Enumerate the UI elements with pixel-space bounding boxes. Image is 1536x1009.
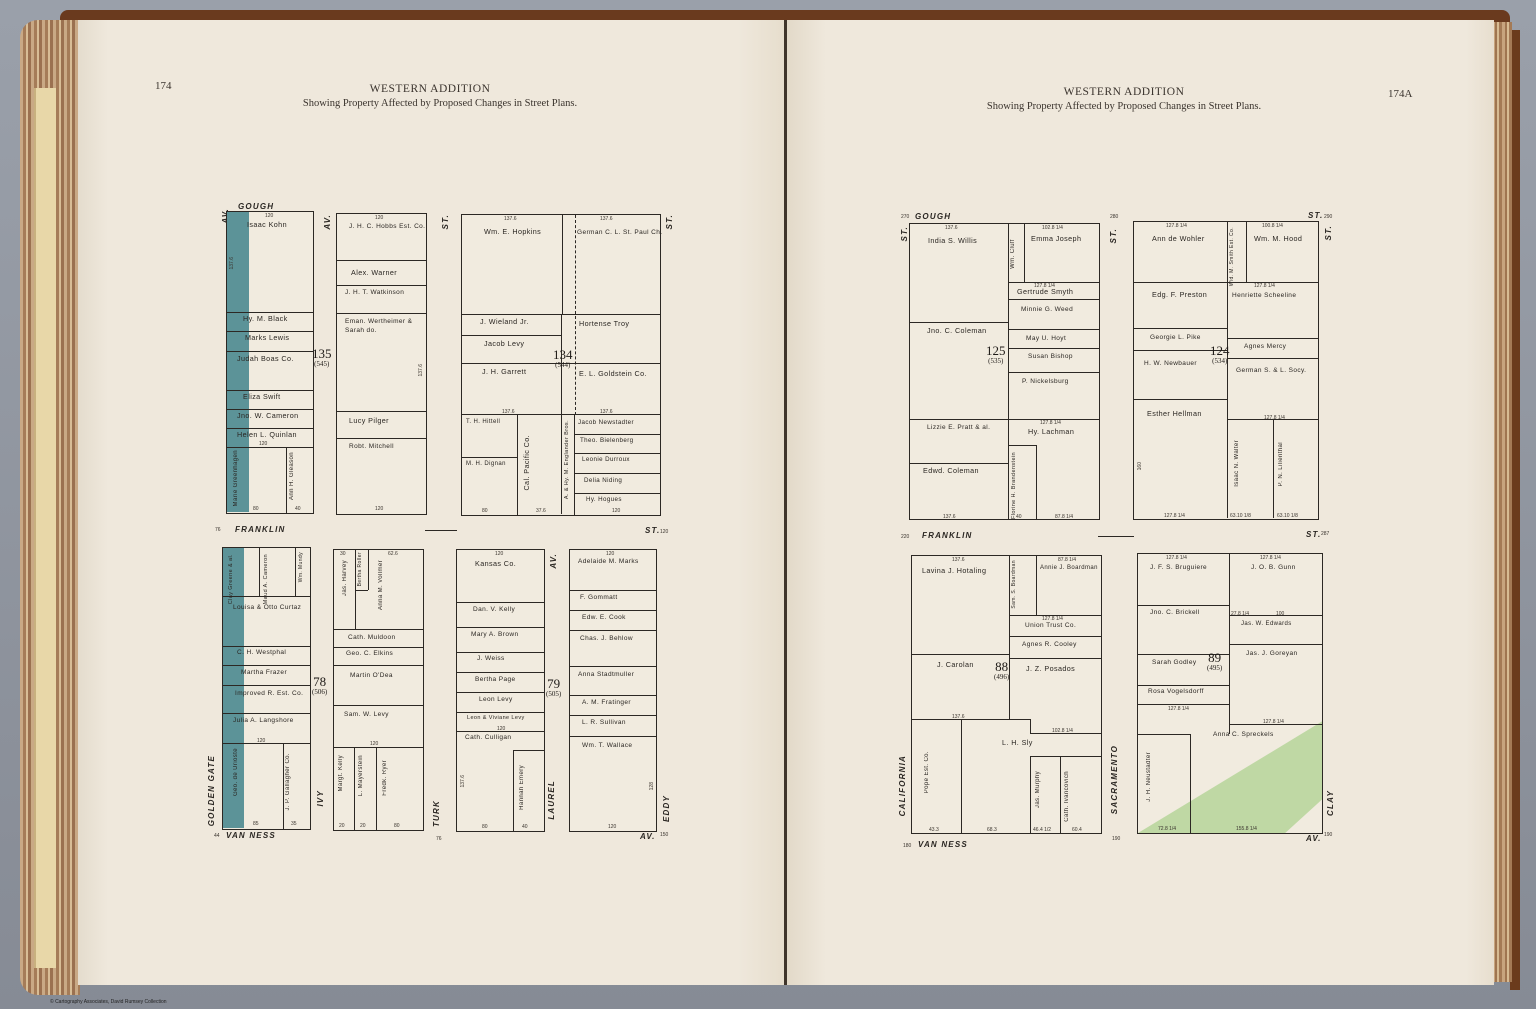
lot-owner: Eliza Swift bbox=[243, 392, 281, 401]
left-page bbox=[78, 20, 786, 985]
franklin-number-right-right: 287 bbox=[1321, 531, 1329, 537]
lot-owner: Pope Est. Co. bbox=[924, 751, 930, 793]
franklin-number-left-right: 220 bbox=[901, 534, 909, 540]
page-title-left: WESTERN ADDITION bbox=[280, 83, 580, 95]
lot-owner: Henriette Scheeline bbox=[1232, 292, 1296, 299]
lot-owner: J. P. Gallagher Co. bbox=[285, 753, 291, 811]
lot-owner: Adelaide M. Marks bbox=[578, 558, 639, 565]
lot-owner: Martin O'Dea bbox=[350, 672, 393, 679]
lot-owner: Sam. W. Levy bbox=[344, 711, 389, 718]
lot-owner: Martha Frazer bbox=[241, 669, 287, 676]
block-number-88: 88(496) bbox=[994, 661, 1009, 681]
block-135-east: 120 J. H. C. Hobbs Est. Co. Alex. Warner… bbox=[336, 213, 427, 515]
av-right-bottom: AV. bbox=[1306, 834, 1322, 843]
franklin-number-right: 120 bbox=[660, 529, 668, 535]
page-edges-left bbox=[20, 20, 80, 995]
page-edges-right bbox=[1492, 22, 1512, 982]
lot-owner: T. H. Hittell bbox=[466, 419, 500, 425]
lot-owner: Jas. Murphy bbox=[1035, 771, 1041, 808]
lot-owner: Delia Niding bbox=[584, 477, 622, 484]
lot-owner: Isaac Kohn bbox=[247, 220, 287, 229]
lot-owner: E. L. Goldstein Co. bbox=[579, 369, 647, 378]
lot-owner: Margt. Kelly bbox=[338, 755, 344, 791]
lot-owner: Dan. V. Kelly bbox=[473, 606, 515, 613]
page-subtitle-right: Showing Property Affected by Proposed Ch… bbox=[934, 101, 1314, 112]
lot-owner: Improved R. Est. Co. bbox=[235, 690, 303, 697]
lot-owner: Judah Boas Co. bbox=[237, 354, 294, 363]
page-subtitle-left: Showing Property Affected by Proposed Ch… bbox=[250, 98, 630, 109]
lot-owner: Anna M. Vollmer bbox=[378, 560, 384, 610]
lot-owner: Wm. E. Hopkins bbox=[484, 227, 541, 236]
block-number-135: 135(545) bbox=[312, 348, 332, 368]
street-golden-gate: GOLDEN GATE bbox=[207, 755, 216, 826]
lot-owner: Agnes Mercy bbox=[1244, 343, 1286, 350]
st-right-number: 290 bbox=[1324, 214, 1332, 220]
lot-owner: Susan Bishop bbox=[1028, 353, 1073, 360]
block-89: 127.8 1/4 127.8 1/4 J. F. S. Bruguiere J… bbox=[1137, 553, 1323, 834]
lot-owner: Cath. Culligan bbox=[465, 734, 511, 741]
street-st-left-right: ST. bbox=[900, 226, 909, 241]
block-number-125: 125(535) bbox=[986, 345, 1006, 365]
lot-owner: J. F. S. Bruguiere bbox=[1150, 564, 1207, 571]
lot-owner: Cal. Pacific Co. bbox=[522, 435, 531, 491]
van-ness-number-mid: 76 bbox=[436, 836, 442, 842]
lot-owner: Jno. C. Brickell bbox=[1150, 609, 1200, 616]
lot-owner: Leonie Durroux bbox=[582, 456, 630, 463]
lot-owner: J. H. T. Watkinson bbox=[345, 289, 404, 296]
street-gough-right: GOUGH bbox=[915, 212, 951, 221]
block-number-124: 124(534) bbox=[1210, 345, 1230, 365]
lot-owner: Edwd. Coleman bbox=[923, 466, 979, 475]
lot-owner: Agnes R. Cooley bbox=[1022, 641, 1077, 648]
book-gutter bbox=[784, 20, 787, 985]
lot-owner: Ann H. Gleason bbox=[289, 452, 295, 500]
lot-owner: Jas. Harvey bbox=[342, 560, 348, 596]
lot-owner: A. & Hy. M. Englander Bros. bbox=[564, 420, 570, 499]
lot-owner: Jas. J. Goreyan bbox=[1246, 650, 1298, 657]
street-st-top-right: ST. bbox=[665, 214, 674, 229]
lot-owner: J. Z. Posados bbox=[1026, 664, 1075, 673]
lot-owner: Alex. Warner bbox=[351, 268, 397, 277]
street-franklin-right: FRANKLIN bbox=[922, 531, 972, 540]
page-number-left: 174 bbox=[155, 80, 172, 92]
lot-owner: Annie J. Boardman bbox=[1040, 565, 1098, 571]
lot-owner: Wm. Cluff bbox=[1010, 239, 1016, 269]
lot-owner: Robt. Mitchell bbox=[349, 443, 394, 450]
lot-owner: Florine H. Brandenstein bbox=[1011, 452, 1017, 519]
franklin-st-left: ST. bbox=[645, 526, 660, 535]
street-sacramento: SACRAMENTO bbox=[1110, 745, 1119, 814]
lot-owner: L. R. Sullivan bbox=[582, 719, 626, 726]
lot-owner: Emma Joseph bbox=[1031, 234, 1081, 243]
lot-owner: Wid. M. Smith Est. Co. bbox=[1229, 227, 1235, 286]
lot-owner: Hortense Troy bbox=[579, 319, 629, 328]
street-st-mid: ST. bbox=[1109, 228, 1118, 243]
lot-owner: Wm. Mundy bbox=[298, 552, 304, 582]
van-ness-number-right: 180 bbox=[903, 843, 911, 849]
st-mid-number: 280 bbox=[1110, 214, 1118, 220]
block-135-west: 120 Isaac Kohn 137.6 Hy. M. Black Marks … bbox=[226, 211, 314, 514]
av-number-right: 190 bbox=[1324, 832, 1332, 838]
lot-owner: Marie Greenhagen bbox=[233, 450, 239, 506]
street-van-ness-right: VAN NESS bbox=[918, 840, 968, 849]
lot-owner: Jacob Levy bbox=[484, 339, 524, 348]
block-number-89: 89(495) bbox=[1207, 652, 1222, 672]
street-av-mid: AV. bbox=[323, 214, 332, 230]
lot-owner: Edw. E. Cook bbox=[582, 614, 626, 621]
lot-owner: F. Gommatt bbox=[580, 594, 618, 601]
lot-owner: Leon Levy bbox=[479, 696, 513, 703]
page-title-right: WESTERN ADDITION bbox=[974, 86, 1274, 98]
lot-owner: C. H. Westphal bbox=[237, 649, 286, 656]
lot-owner: German S. & L. Socy. bbox=[1236, 367, 1306, 374]
street-ivy: IVY bbox=[316, 790, 325, 807]
lot-owner: Cath. Ivancovich bbox=[1064, 771, 1070, 822]
lot-owner: Ann de Wohler bbox=[1152, 234, 1205, 243]
lot-owner: P. Nickelsburg bbox=[1022, 378, 1069, 385]
lot-owner: Julia A. Langshore bbox=[233, 717, 294, 724]
lot-owner: Hannah Emery bbox=[519, 765, 525, 810]
scale-bar-left bbox=[425, 530, 457, 531]
lot-owner: A. M. Fratinger bbox=[582, 699, 631, 706]
block-number-78: 78(506) bbox=[312, 676, 327, 696]
street-eddy: EDDY bbox=[662, 795, 671, 822]
lot-owner: Jas. W. Edwards bbox=[1241, 621, 1292, 627]
block-79-west: 120 Kansas Co. Dan. V. Kelly Mary A. Bro… bbox=[456, 549, 545, 832]
street-gough-left: GOUGH bbox=[238, 202, 274, 211]
street-turk: TURK bbox=[432, 800, 441, 827]
scale-bar-right bbox=[1098, 536, 1134, 537]
franklin-st-right: ST. bbox=[1306, 530, 1321, 539]
street-st-right-top: ST. bbox=[1308, 211, 1323, 220]
street-laurel: LAUREL bbox=[547, 780, 556, 820]
block-78-west: Clay Greene & al. Maud A. Cameron Wm. Mu… bbox=[222, 547, 311, 830]
lot-owner: J. Wieland Jr. bbox=[480, 317, 529, 326]
block-number-134: 134(544) bbox=[553, 349, 573, 369]
lot-owner: Edg. F. Preston bbox=[1152, 290, 1207, 299]
lot-owner: L. H. Sly bbox=[1002, 738, 1033, 747]
lot-owner: J. H. Garrett bbox=[482, 367, 526, 376]
lot-owner: Geo. de Urioste bbox=[233, 748, 239, 796]
lot-owner: Wm. M. Hood bbox=[1254, 234, 1302, 243]
street-van-ness-left: VAN NESS bbox=[226, 831, 276, 840]
lot-owner: H. W. Newbauer bbox=[1144, 360, 1197, 367]
van-ness-number-right: 150 bbox=[660, 832, 668, 838]
lot-owner: J. Weiss bbox=[477, 655, 505, 662]
mid-number-bottom: 190 bbox=[1112, 836, 1120, 842]
lot-owner: Theo. Bielenberg bbox=[580, 437, 634, 444]
lot-owner: Hy. Hogues bbox=[586, 496, 622, 503]
street-clay: CLAY bbox=[1326, 790, 1335, 816]
lot-owner: Chas. J. Behlow bbox=[580, 635, 633, 642]
lot-owner: Mary A. Brown bbox=[471, 631, 518, 638]
lot-owner: Cath. Muldoon bbox=[348, 634, 395, 641]
page-number-right: 174A bbox=[1388, 88, 1412, 100]
lot-owner: Helen L. Quinlan bbox=[237, 430, 297, 439]
street-av-laurel-top: AV. bbox=[549, 553, 558, 569]
lot-owner: Bertha Page bbox=[475, 676, 516, 683]
lot-owner: Leon & Viviane Levy bbox=[467, 715, 525, 721]
street-st-top: ST. bbox=[441, 214, 450, 229]
lot-owner: Sam. S. Boardman bbox=[1011, 560, 1017, 609]
lot-owner: Sarah do. bbox=[345, 327, 377, 334]
lot-owner: Marks Lewis bbox=[245, 333, 289, 342]
lot-owner: German C. L. St. Paul Ch. bbox=[577, 229, 663, 236]
lot-owner: Jno. W. Cameron bbox=[237, 411, 299, 420]
lot-owner: Rosa Vogelsdorff bbox=[1148, 688, 1204, 695]
lot-owner: Hy. Lachman bbox=[1028, 427, 1074, 436]
lot-owner: Gertrude Smyth bbox=[1017, 287, 1073, 296]
lot-owner: Georgie L. Pike bbox=[1150, 334, 1201, 341]
lot-owner: Wm. T. Wallace bbox=[582, 742, 632, 749]
block-124: 127.8 1/4 Ann de Wohler Wid. M. Smith Es… bbox=[1133, 221, 1319, 520]
lot-owner: Jno. C. Coleman bbox=[927, 326, 987, 335]
street-st-right: ST. bbox=[1324, 225, 1333, 240]
lot-owner: Jacob Newstadter bbox=[578, 419, 634, 426]
lot-owner: India S. Willis bbox=[928, 236, 977, 245]
lot-owner: J. H. Neustadter bbox=[1146, 752, 1152, 802]
lot-owner: Esther Hellman bbox=[1147, 409, 1202, 418]
lot-owner: L. Mayerstein bbox=[358, 755, 364, 796]
van-ness-av-left: AV. bbox=[640, 832, 656, 841]
lot-owner: Isaac N. Walter bbox=[1234, 440, 1240, 487]
lot-owner: Geo. C. Elkins bbox=[346, 650, 393, 657]
block-78-east: 30 Jas. Harvey Bertha Roller 62.6 Anna M… bbox=[333, 549, 424, 831]
lot-owner: Hy. M. Black bbox=[243, 314, 288, 323]
street-franklin-left: FRANKLIN bbox=[235, 525, 285, 534]
lot-owner: Minnie G. Weed bbox=[1021, 306, 1073, 313]
lot-owner: J. Carolan bbox=[937, 660, 974, 669]
block-88: 137.6 Lavina J. Hotaling Sam. S. Boardma… bbox=[911, 555, 1102, 834]
franklin-number-left: 76 bbox=[215, 527, 221, 533]
lot-owner: Anna C. Spreckels bbox=[1213, 731, 1274, 738]
van-ness-number-left: 44 bbox=[214, 833, 220, 839]
lot-owner: M. H. Dignan bbox=[466, 461, 506, 467]
lot-owner: Union Trust Co. bbox=[1025, 622, 1076, 629]
block-125: 137.6 India S. Willis Wm. Cluff 102.8 1/… bbox=[909, 223, 1100, 520]
lot-owner: Lucy Pilger bbox=[349, 416, 389, 425]
lot-owner: Kansas Co. bbox=[475, 559, 516, 568]
lot-owner: Anna Stadtmuller bbox=[578, 671, 634, 678]
lot-owner: P. N. Lilienthal bbox=[1278, 442, 1284, 486]
street-california: CALIFORNIA bbox=[898, 755, 907, 816]
lot-owner: May U. Hoyt bbox=[1026, 335, 1066, 342]
lot-owner: Eman. Wertheimer & bbox=[345, 318, 412, 325]
lot-owner: Louisa & Otto Curtaz bbox=[233, 604, 301, 611]
lot-owner: J. H. C. Hobbs Est. Co. bbox=[349, 223, 425, 230]
lot-owner: Bertha Roller bbox=[357, 552, 363, 586]
lot-owner: Fredk. Ryer bbox=[382, 760, 388, 796]
block-number-79: 79(505) bbox=[546, 678, 561, 698]
lot-owner: Lizzie E. Pratt & al. bbox=[927, 424, 990, 431]
gough-number: 270 bbox=[901, 214, 909, 220]
collection-credit: © Cartography Associates, David Rumsey C… bbox=[50, 999, 167, 1005]
lot-owner: Sarah Godley bbox=[1152, 659, 1197, 666]
lot-owner: J. O. B. Gunn bbox=[1251, 564, 1296, 571]
lot-owner: Lavina J. Hotaling bbox=[922, 566, 986, 575]
proposed-street-line bbox=[575, 215, 576, 415]
bookmark-strip bbox=[34, 88, 56, 968]
block-79-east: 120 Adelaide M. Marks F. Gommatt Edw. E.… bbox=[569, 549, 657, 832]
